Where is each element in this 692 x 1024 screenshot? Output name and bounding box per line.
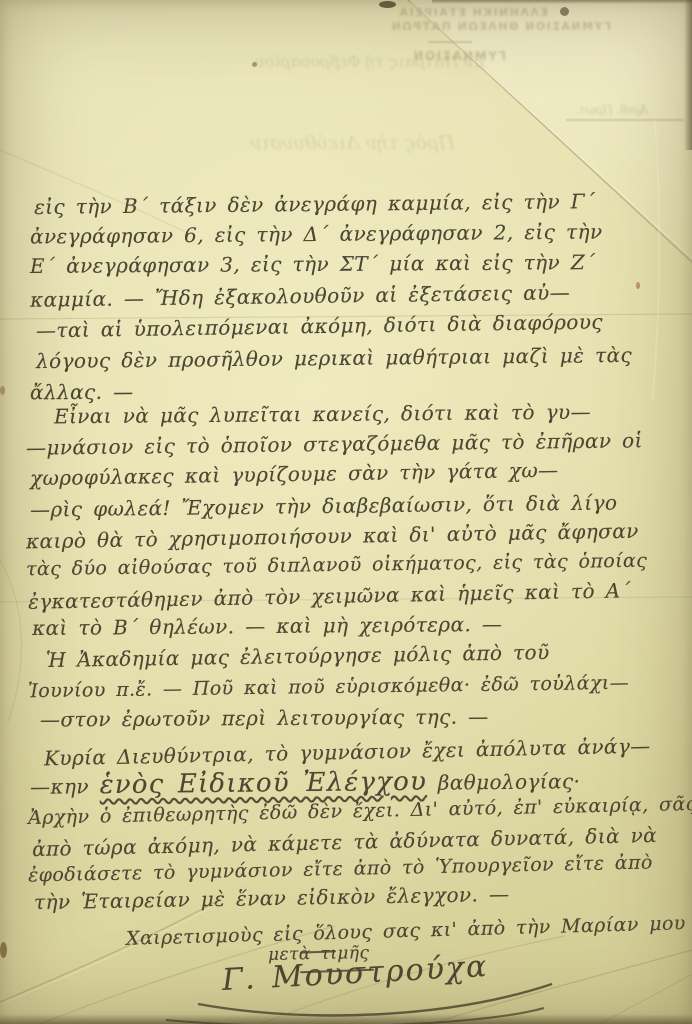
- handwriting-line-2: ἀνεγράφησαν 6, εἰς τὴν Δ΄ ἀνεγράφησαν 2,…: [30, 220, 603, 249]
- letter-scan: ΕΛΛΗΝΙΚΗ ΕΤΑΙΡΕΙΑ ΓΥΜΝΑΣΙΟΝ ΘΗΛΕΩΝ ΠΑΤΡΩ…: [0, 0, 692, 1024]
- emphasized-phrase: ἑνὸς Εἰδικοῦ Ἐλέγχου: [99, 767, 427, 800]
- handwriting-line-7: ἄλλας. —: [30, 380, 134, 405]
- handwriting-line-18: —στον ἐρωτοῦν περὶ λειτουργίας της. —: [40, 704, 489, 731]
- handwriting-line-20: —κην ἑνὸς Εἰδικοῦ Ἐλέγχου βαθμολογίας·: [30, 765, 581, 801]
- handwriting-line-3: Ε΄ ἀνεγράφησαν 3, εἰς τὴν ΣΤ΄ μία καὶ εἰ…: [30, 250, 596, 278]
- handwriting-line-8: Εἶναι νὰ μᾶς λυπεῖται κανείς, διότι καὶ …: [54, 400, 591, 429]
- handwriting-line-15: καὶ τὸ Β΄ θηλέων. — καὶ μὴ χειρότερα. —: [32, 612, 503, 640]
